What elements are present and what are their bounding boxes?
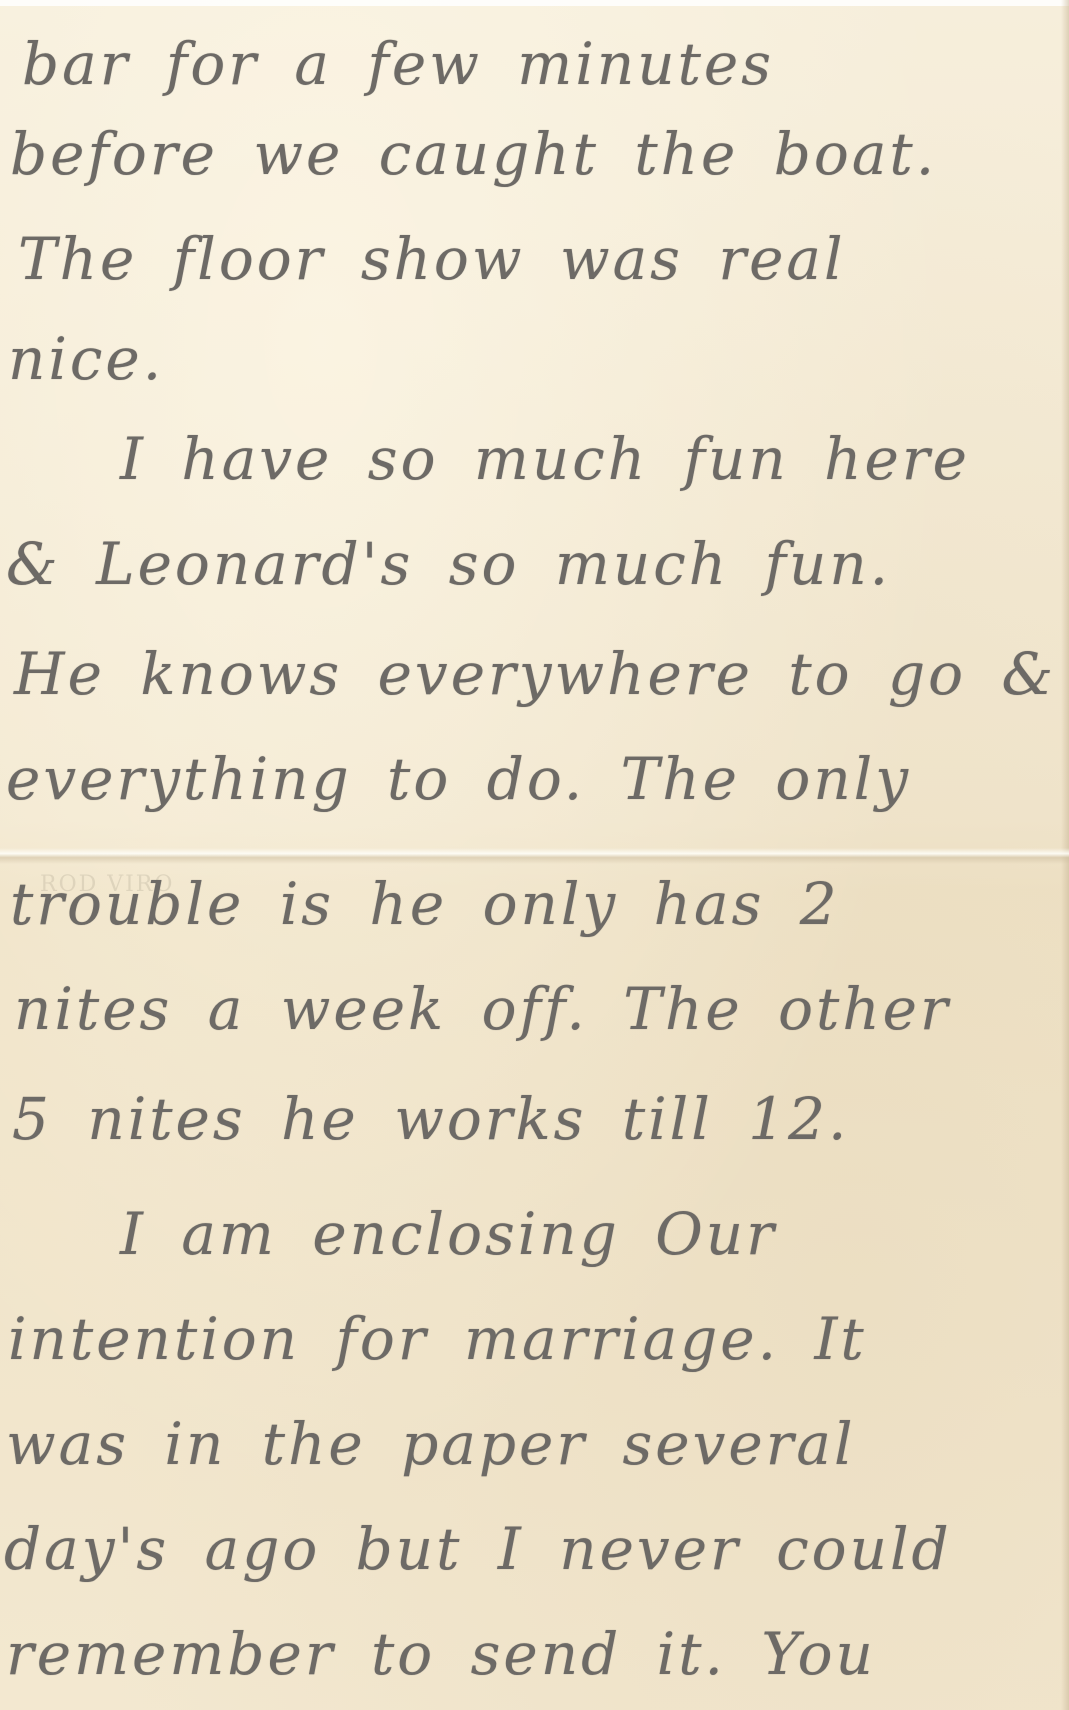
handwritten-line-6: & Leonard's so much fun. <box>6 530 891 598</box>
handwritten-line-2: before we caught the boat. <box>10 120 937 188</box>
handwritten-line-9: trouble is he only has 2 <box>10 870 840 938</box>
paper-fold-line <box>0 848 1069 864</box>
handwritten-line-7: He knows everywhere to go & <box>14 640 1056 708</box>
handwritten-line-11: 5 nites he works till 12. <box>12 1085 849 1153</box>
handwritten-line-8: everything to do. The only <box>6 745 911 813</box>
handwritten-line-16: remember to send it. You <box>6 1620 876 1688</box>
handwritten-line-5: I have so much fun here <box>120 425 970 493</box>
handwritten-line-1: bar for a few minutes <box>22 30 774 98</box>
handwritten-line-13: intention for marriage. It <box>8 1305 867 1373</box>
handwritten-line-12: I am enclosing Our <box>120 1200 777 1268</box>
handwritten-line-4: nice. <box>8 325 164 393</box>
letter-page: ROD VIRO bar for a few minutes before we… <box>0 0 1069 1710</box>
handwritten-line-15: day's ago but I never could <box>4 1515 952 1583</box>
handwritten-line-10: nites a week off. The other <box>14 975 951 1043</box>
handwritten-line-14: was in the paper several <box>6 1410 856 1478</box>
handwritten-line-3: The floor show was real <box>18 225 846 293</box>
paper-top-edge <box>0 0 1069 6</box>
